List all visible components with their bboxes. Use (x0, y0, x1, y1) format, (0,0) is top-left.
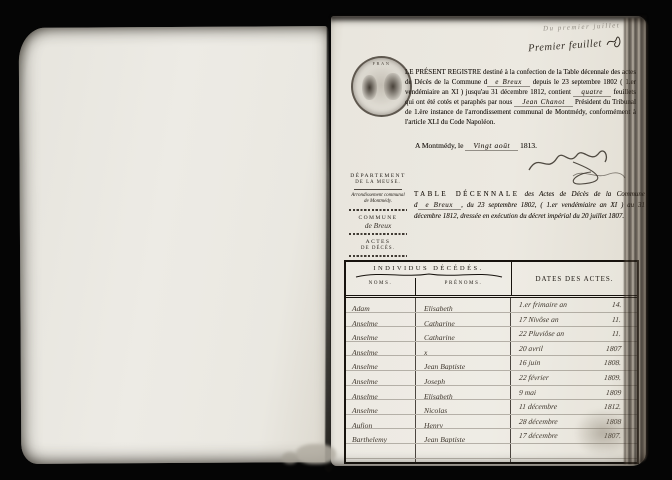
cell-nom-value: Adam (346, 304, 370, 312)
cell-date-value: 16 juin (518, 356, 541, 370)
cell-prenom: Elisabeth (416, 386, 511, 400)
cell-nom-value: Anselme (346, 348, 378, 356)
right-register-page: FRAN Du premier juillet Premier feuillet… (331, 16, 646, 466)
cell-date-value: 11 décembre (518, 400, 557, 414)
department-label: DÉPARTEMENT (344, 173, 412, 180)
cell-prenom-value: Joseph (424, 377, 445, 385)
table-decennale-heading: TABLE DÉCENNALE des Actes de Décès de la… (414, 189, 645, 223)
cell-prenom: Elisabeth (416, 298, 511, 312)
actes-label-line2: DE DÉCÈS. (344, 246, 412, 252)
cell-nom-value: Barthelemy (346, 435, 387, 443)
feuillet-note-text: Premier feuillet (528, 38, 602, 54)
feuillet-handwritten-note: Premier feuillet (528, 34, 626, 55)
left-blank-page (19, 26, 332, 464)
column-header-prenoms: PRÉNOMS. (416, 278, 511, 295)
cell-prenom-value: Nicolas (424, 406, 447, 414)
table-row: AdamElisabeth1.er frimaire an14. (346, 298, 637, 313)
table-row: AnselmeElisabeth9 mai1809 (346, 386, 637, 401)
cell-prenom: Nicolas (416, 400, 511, 414)
sheet-count-handwritten: quatre (573, 88, 611, 97)
cell-date: 1.er frimaire an14. (511, 298, 637, 312)
table-row: AnselmeJoseph22 février1809. (346, 371, 637, 386)
cell-date-value: 17 Nivôse an (518, 313, 559, 327)
individus-header-group: INDIVIDUS DÉCÉDÉS. NOMS. PRÉNOMS. (346, 262, 512, 295)
cell-date-year: 1809 (605, 386, 621, 400)
cell-nom (346, 444, 416, 458)
cell-prenom: Joseph (416, 371, 511, 385)
cell-nom-value: Anselme (346, 392, 378, 400)
heading-caps: TABLE DÉCENNALE (414, 190, 519, 198)
paraph-flourish (604, 34, 625, 49)
book-photograph: FRAN Du premier juillet Premier feuillet… (0, 0, 672, 480)
cell-nom-value: Anselme (346, 333, 378, 341)
cell-prenom (416, 444, 511, 458)
cell-date (511, 459, 637, 464)
cell-nom: Anselme (346, 356, 416, 370)
cell-prenom (416, 459, 511, 464)
cell-date-value: 28 décembre (518, 415, 558, 429)
cell-prenom: Catharine (416, 327, 511, 341)
cell-date: 22 Pluviôse an11. (511, 327, 637, 341)
cell-prenom-value: Jean Baptiste (424, 362, 465, 370)
actes-label-line1: ACTES (344, 239, 412, 246)
cell-prenom-value: Jean Baptiste (424, 435, 465, 443)
cell-date-value: 17 décembre (518, 429, 558, 443)
cell-prenom: Catharine (416, 313, 511, 327)
cell-nom: Anselme (346, 313, 416, 327)
cell-nom: Aufion (346, 415, 416, 429)
dateline-label: A Montmédy, le (415, 141, 463, 150)
cell-date: 22 février1809. (511, 371, 637, 385)
table-row: AnselmeCatharine22 Pluviôse an11. (346, 327, 637, 342)
margin-wavy-rule (349, 233, 407, 235)
sub-columns: NOMS. PRÉNOMS. (346, 278, 511, 295)
paper-fragment (296, 444, 336, 464)
table-row: AnselmeJean Baptiste16 juin1808. (346, 356, 637, 371)
cell-date-value: 22 février (518, 371, 549, 385)
cell-nom (346, 459, 416, 464)
paper-fragment-small (282, 452, 298, 464)
cell-nom-value: Anselme (346, 319, 378, 327)
cell-nom-value: Aufion (346, 421, 372, 429)
faint-handwritten-note: Du premier juillet (543, 21, 621, 32)
cell-date-year: 1809. (603, 371, 621, 385)
imperial-revenue-stamp-icon: FRAN (351, 56, 412, 117)
cell-date: 9 mai1809 (511, 386, 637, 400)
cell-date: 20 avril1807 (511, 342, 637, 356)
cell-date: 16 juin1808. (511, 356, 637, 370)
cell-nom: Anselme (346, 371, 416, 385)
cell-date-value: 22 Pluviôse an (518, 327, 564, 341)
arrondissement-line2: de Montmédy. (344, 199, 412, 206)
cell-nom-value: Anselme (346, 377, 378, 385)
dateline-handwritten-date: Vingt août (465, 141, 518, 151)
cell-prenom-value: Catharine (424, 333, 455, 341)
table-row: AnselmeCatharine17 Nivôse an11. (346, 313, 637, 328)
heading-swash (569, 166, 627, 182)
cell-prenom-value: x (424, 348, 427, 356)
administrative-margin-block: DÉPARTEMENT DE LA MEUSE. Arrondissement … (344, 173, 412, 261)
cell-nom: Barthelemy (346, 429, 416, 443)
cell-nom: Anselme (346, 386, 416, 400)
cell-nom-value: Anselme (346, 406, 378, 414)
group-header-label: INDIVIDUS DÉCÉDÉS. (346, 262, 511, 272)
stamp-text: FRAN (353, 61, 410, 66)
cell-prenom: Jean Baptiste (416, 429, 511, 443)
cell-date-value: 1.er frimaire an (518, 298, 567, 312)
cell-prenom: Jean Baptiste (416, 356, 511, 370)
cell-prenom-value: Catharine (424, 319, 455, 327)
cell-date-year: 11. (611, 327, 621, 341)
table-row: Anselmex20 avril1807 (346, 342, 637, 357)
cell-date-year: 1808. (603, 356, 621, 370)
margin-rule (354, 189, 402, 190)
cell-nom: Anselme (346, 327, 416, 341)
dateline: A Montmédy, le Vingt août 1813. (415, 141, 537, 150)
cell-nom: Adam (346, 298, 416, 312)
cell-prenom-value: Elisabeth (424, 304, 453, 312)
cell-date-year: 14. (611, 298, 622, 312)
cell-prenom-value: Elisabeth (424, 392, 453, 400)
cell-prenom-value: Henry (424, 421, 443, 429)
cell-date-year: 1807 (605, 342, 621, 356)
table-row (346, 459, 637, 464)
cell-date: 17 Nivôse an11. (511, 313, 637, 327)
commune-name-handwritten: e Breux (487, 78, 530, 87)
cell-prenom: Henry (416, 415, 511, 429)
cell-date-value: 20 avril (518, 342, 543, 356)
register-declaration-paragraph: LE PRÉSENT REGISTRE destiné à la confect… (405, 67, 636, 127)
department-name: DE LA MEUSE. (344, 180, 412, 186)
table-header: INDIVIDUS DÉCÉDÉS. NOMS. PRÉNOMS. DATES … (346, 262, 637, 298)
cell-date-value: 9 mai (518, 386, 536, 400)
column-header-dates: DATES DES ACTES. (512, 262, 637, 295)
president-name-handwritten: Jean Chanot (514, 98, 573, 107)
cell-nom: Anselme (346, 342, 416, 356)
page-stack-edge (624, 18, 648, 464)
margin-wavy-rule (349, 255, 407, 257)
cell-nom: Anselme (346, 400, 416, 414)
cell-prenom: x (416, 342, 511, 356)
cell-date-year: 11. (611, 313, 621, 327)
commune-handwritten: de Breux (344, 221, 412, 230)
cell-nom-value: Anselme (346, 362, 378, 370)
column-header-noms: NOMS. (346, 278, 416, 295)
heading-commune-handwritten: e Breux (418, 201, 462, 210)
margin-wavy-rule (349, 209, 407, 211)
